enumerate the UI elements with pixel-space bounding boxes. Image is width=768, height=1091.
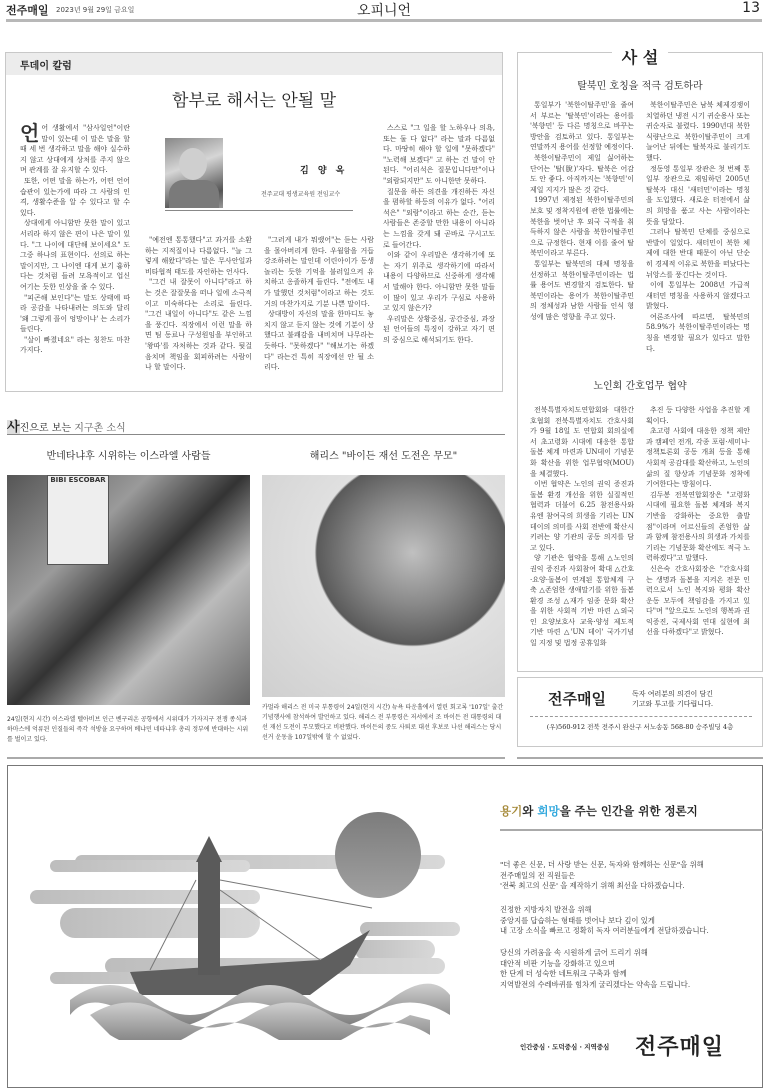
paragraph: 김두봉 전북연합회장은 "고령화 시대에 필요한 돌봄 체계와 복지 기반을 강…	[646, 490, 750, 564]
harris-photo	[262, 475, 505, 697]
page-number: 13	[742, 0, 760, 16]
paragraph: 또한, 어떤 말을 하는가, 어떤 언어습관이 있는가에 따라 그 사람의 인격…	[20, 176, 130, 218]
author-name: 김 양 옥	[300, 163, 347, 176]
drop-cap: 언	[20, 123, 39, 143]
contribution-divider	[530, 716, 752, 717]
article-col1: 전북특별자치도연합회와 대한간호협회 전북특별자치도 간호사회가 9월 18일 …	[530, 405, 634, 649]
paragraph: "그건 내 잘못이 아니다"라고 하는 것은 잘잘못을 떠나 일에 소극적이고 …	[145, 277, 252, 372]
today-column-label: 투데이 칼럼	[6, 53, 502, 75]
protest-photo: BIBI ESCOBAR	[7, 475, 250, 705]
paragraph: "예전엔 통통했다"고 과거를 소환하는 지적질이나 다름없다. "늘 그렇게 …	[145, 235, 252, 277]
pledge-paragraph: 당신의 가려움을 속 시원하게 긁어 드리기 위해 대안적 비판 기능을 강화하…	[500, 948, 690, 990]
author-photo	[165, 138, 223, 208]
today-column-title: 함부로 해서는 안될 말	[5, 86, 503, 111]
paragraph: 여론조사에 따르면, 탈북민의 58.9%가 북한이탈주민이라는 명칭을 변경할…	[646, 312, 750, 354]
advertisement-slogan: 용기와 희망을 주는 인간을 위한 정론지	[500, 803, 698, 819]
advertisement-logo: 전주매일	[635, 1030, 724, 1061]
paragraph: 이번 협약은 노인의 권익 증진과 돌봄 환경 개선을 위한 실질적인 협력과 …	[530, 479, 634, 553]
paragraph: 우리말은 상황중심, 공간중심, 과장된 언어들의 특징이 강하고 자기 편의 …	[383, 314, 495, 346]
editorial-col1: 통일부가 '북한이탈주민'을 줄여서 부르는 '탈북민'이라는 용어를 '북향민…	[530, 100, 634, 322]
pledge-paragraph: "더 좋은 신문, 더 사랑 받는 신문, 독자와 함께하는 신문"을 위해 전…	[500, 860, 704, 892]
today-column-col1: 언 어 생활에서 "삼사일언"이란 말이 있는데 이 말은 말을 할 때 세 번…	[20, 123, 130, 356]
contribution-logo: 전주매일	[548, 688, 606, 709]
protest-sign: BIBI ESCOBAR	[47, 475, 109, 565]
paragraph: 전북특별자치도연합회와 대한간호협회 전북특별자치도 간호사회가 9월 18일 …	[530, 405, 634, 479]
photo-title: 해리스 "바이든 재선 도전은 무모"	[262, 447, 505, 462]
pledge-paragraph: 진정한 지방자치 발전을 위해 중앙지를 답습하는 형태를 벗어나 보다 깊이 …	[500, 905, 709, 937]
header-divider	[6, 19, 762, 22]
paragraph: 정동영 통일부 장관은 첫 번째 통일부 장관으로 재임하던 2005년 탈북자…	[646, 164, 750, 228]
photo-news-divider	[7, 434, 505, 435]
article-title: 노인회 간호업무 협약	[517, 377, 763, 392]
photo-caption: 카멀라 해리스 전 미국 부통령이 24일(현지 시간) 뉴욕 타운홀에서 열린…	[262, 703, 505, 743]
paragraph: 북한이탈주민은 남북 체제경쟁이 치열하던 냉전 시기 귀순용사 또는 귀순자로…	[646, 100, 750, 164]
paragraph: 이와 같이 우리말은 생각하기에 또는 자기 위주로 생각하기에 따라서 내용이…	[383, 250, 495, 314]
today-column-col4: 스스로 "그 일을 할 노하우나 의욕, 또는 둘 다 없다" 라는 말과 다름…	[383, 123, 495, 345]
paragraph: 상대방이 자신의 말을 한마디도 놓치지 않고 듣지 않는 것에 기분이 상했다…	[264, 309, 374, 373]
paragraph: "그러게 내가 뭐랬어"는 듣는 사람을 몰아버리게 한다. 우월함을 거듭 강…	[264, 235, 374, 309]
slogan-divider	[500, 829, 763, 831]
editorial-label: 사 설	[517, 45, 763, 68]
paragraph: 북한이탈주민이 제일 싫어하는 단어는 '탈(脫)'자다. 탈북은 어감도 안 …	[530, 153, 634, 195]
ship-illustration	[30, 800, 470, 1040]
editorial-col2: 북한이탈주민은 남북 체제경쟁이 치열하던 냉전 시기 귀순용사 또는 귀순자로…	[646, 100, 750, 354]
paragraph: 이에 통일부는 2008년 가급적 새터민 명칭을 사용하지 않겠다고 밝혔다.	[646, 280, 750, 312]
article-col2: 추진 등 다양한 사업을 추진할 계획이다. 초고령 사회에 대응한 정책 제안…	[646, 405, 750, 638]
paragraph: 통일부는 탈북민의 대체 명칭을 선정하고 북한이탈주민이라는 법률 용어도 변…	[530, 259, 634, 323]
photo-title: 반네타냐후 시위하는 이스라엘 사람들	[7, 447, 250, 462]
advertisement-tagline: 인간중심 · 도덕중심 · 지역중심	[520, 1042, 609, 1051]
paragraph: 스스로 "그 일을 할 노하우나 의욕, 또는 둘 다 없다" 라는 말과 다름…	[383, 123, 495, 187]
today-column-col3: "그러게 내가 뭐랬어"는 듣는 사람을 몰아버리게 한다. 우월함을 거듭 강…	[264, 235, 374, 373]
photo-news-label: 사진으로 보는 지구촌 소식	[7, 416, 126, 435]
paragraph: 1997년 제정된 북한이탈주민의 보호 및 정착지원에 관한 법률에는 북한을…	[530, 195, 634, 259]
section-title: 오피니언	[0, 0, 768, 20]
paragraph: 양 기관은 협약을 통해 △노인의 권익 증진과 사회참여 확대 △간호·요양·…	[530, 553, 634, 648]
paragraph: "피곤해 보인다"는 말도 상태에 따라 공감을 나타내려는 의도와 달리 '왜…	[20, 293, 130, 335]
paragraph: 통일부가 '북한이탈주민'을 줄여서 부르는 '탈북민'이라는 용어를 '북향민…	[530, 100, 634, 153]
section-divider	[517, 757, 763, 759]
paragraph: 초고령 사회에 대응한 정책 제안과 캠페인 전개, 각종 포럼·세미나·정책토…	[646, 426, 750, 490]
contribution-text: 독자 여러분의 의견이 담긴 기고와 투고를 기다립니다.	[632, 689, 713, 709]
paragraph: 질문을 하든 의견을 개진하든 자신을 폄하할 하등의 이유가 없다. "어리석…	[383, 187, 495, 251]
paragraph: 추진 등 다양한 사업을 추진할 계획이다.	[646, 405, 750, 426]
section-divider	[7, 757, 505, 759]
author-title: 전주교대 평생교육원 전임교수	[261, 189, 340, 198]
paragraph: "살이 빠졌네요" 라는 칭찬도 마찬가지다.	[20, 335, 130, 356]
today-column-col2: "예전엔 통통했다"고 과거를 소환하는 지적질이나 다름없다. "늘 그렇게 …	[145, 235, 252, 373]
paragraph: 신은숙 간호사회장은 "간호사회는 생명과 돌봄을 지켜온 전문 인력으로서 노…	[646, 564, 750, 638]
contribution-address: (우)560-912 전북 전주시 완산구 서노송동 568-80 승주빌딩 4…	[517, 722, 763, 731]
paragraph: 상대에게 아니함만 못한 말이 있고 서리라 하지 않은 편이 나은 말이 있다…	[20, 218, 130, 292]
author-divider	[165, 210, 353, 211]
paragraph: 그러나 탈북민 단체를 중심으로 반발이 일었다. 새터민이 북한 체제에 대한…	[646, 227, 750, 280]
editorial-title: 탈북민 호칭을 적극 검토하라	[517, 77, 763, 92]
photo-caption: 24일(현지 시간) 이스라엘 텔아비브 인근 벤구리온 공항에서 시위대가 가…	[7, 715, 250, 745]
